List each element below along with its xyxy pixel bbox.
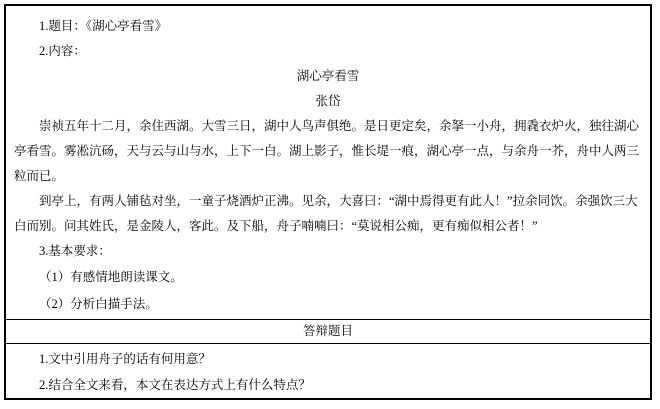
passage-title: 湖心亭看雪 (14, 64, 642, 89)
requirement-item-2: （2）分析白描手法。 (14, 291, 642, 318)
exam-question-card: 1.题目：《湖心亭看雪》 2.内容： 湖心亭看雪 张岱 崇祯五年十二月，余住西湖… (4, 4, 652, 400)
defense-header-row: 答辩题目 (6, 319, 650, 344)
defense-question-1: 1.文中引用舟子的话有何用意？ (14, 346, 642, 372)
task-section: 1.题目：《湖心亭看雪》 2.内容： 湖心亭看雪 张岱 崇祯五年十二月，余住西湖… (6, 6, 650, 319)
passage-paragraph-2: 到亭上，有两人铺毡对坐，一童子烧酒炉正沸。见余，大喜曰：“湖中焉得更有此人！”拉… (14, 189, 642, 239)
defense-question-2: 2.结合全文来看，本文在表达方式上有什么特点？ (14, 372, 642, 398)
task-content-label: 2.内容： (14, 39, 642, 64)
passage-paragraph-1: 崇祯五年十二月，余住西湖。大雪三日，湖中人鸟声俱绝。是日更定矣，余拏一小舟，拥毳… (14, 114, 642, 189)
requirements-label: 3.基本要求： (14, 239, 642, 264)
passage-author: 张岱 (14, 89, 642, 114)
defense-questions-section: 1.文中引用舟子的话有何用意？ 2.结合全文来看，本文在表达方式上有什么特点？ (6, 344, 650, 398)
defense-header-label: 答辩题目 (303, 324, 353, 338)
requirement-item-1: （1）有感情地朗读课文。 (14, 264, 642, 291)
task-title-line: 1.题目：《湖心亭看雪》 (14, 14, 642, 39)
